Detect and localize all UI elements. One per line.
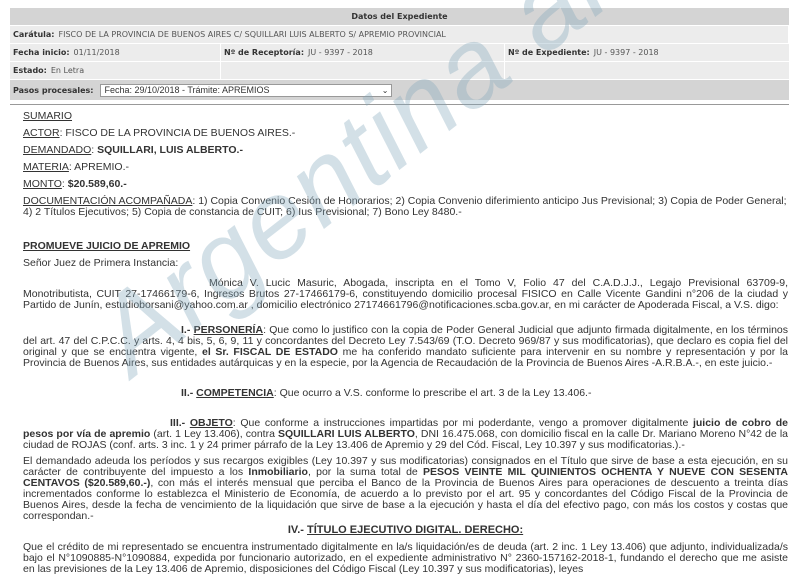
sumario-documentacion: DOCUMENTACIÓN ACOMPAÑADA: 1) Copia Conve…: [23, 196, 788, 218]
monto-value: $20.589,60.-: [68, 178, 127, 190]
expediente-number-label: Nº de Expediente:: [508, 48, 590, 57]
divider: [10, 104, 789, 105]
caratula-value: FISCO DE LA PROVINCIA DE BUENOS AIRES C/…: [58, 30, 445, 39]
sumario-demandado: DEMANDADO: SQUILLARI, LUIS ALBERTO.-: [23, 142, 788, 159]
document-body: SUMARIO ACTOR: FISCO DE LA PROVINCIA DE …: [23, 108, 788, 575]
caratula-label: Carátula:: [13, 30, 54, 39]
receptoria-label: Nº de Receptoría:: [224, 48, 304, 57]
titulo-ejecutivo-text: Que el crédito de mi representado se enc…: [23, 542, 788, 575]
pasos-procesales-select[interactable]: Fecha: 29/10/2018 - Trámite: APREMIOS ⌄: [100, 84, 392, 97]
section-text: : Que ocurro a V.S. conforme lo prescrib…: [274, 387, 592, 399]
materia-value: : APREMIO.-: [69, 161, 129, 173]
caratula-row: Carátula: FISCO DE LA PROVINCIA DE BUENO…: [10, 26, 789, 44]
sumario-title: SUMARIO: [23, 108, 788, 125]
actor-label: ACTOR: [23, 127, 60, 139]
expediente-panel: Datos del Expediente Carátula: FISCO DE …: [10, 8, 789, 100]
fechas-row: Fecha inicio: 01/11/2018 Nº de Receptorí…: [10, 44, 789, 62]
estado-value: En Letra: [51, 66, 84, 75]
fecha-inicio-label: Fecha inicio:: [13, 48, 70, 57]
expediente-number-value: JU - 9397 - 2018: [594, 48, 659, 57]
pasos-procesales-row: Pasos procesales: Fecha: 29/10/2018 - Tr…: [10, 80, 789, 100]
expediente-header: Datos del Expediente: [10, 8, 789, 26]
expediente-header-title: Datos del Expediente: [351, 12, 447, 21]
estado-label: Estado:: [13, 66, 47, 75]
section-objeto: III.- OBJETO: Que conforme a instruccion…: [23, 418, 788, 451]
section-number: II.-: [181, 387, 196, 399]
escrito-intro: Mónica V. Lucic Masuric, Abogada, inscri…: [23, 278, 788, 311]
deuda-paragraph: El demandado adeuda los períodos y sus r…: [23, 456, 788, 522]
pasos-procesales-label: Pasos procesales:: [13, 86, 93, 95]
chevron-down-icon: ⌄: [382, 86, 389, 95]
section-competencia: II.- COMPETENCIA: Que ocurro a V.S. conf…: [23, 388, 788, 399]
estado-row: Estado: En Letra: [10, 62, 789, 80]
pasos-procesales-selected: Fecha: 29/10/2018 - Trámite: APREMIOS: [104, 85, 269, 95]
receptoria-value: JU - 9397 - 2018: [308, 48, 373, 57]
demandado-label: DEMANDADO: [23, 144, 91, 156]
escrito-title: PROMUEVE JUICIO DE APREMIO: [23, 241, 788, 252]
section-titulo-ejecutivo: IV.- TÍTULO EJECUTIVO DIGITAL. DERECHO:: [23, 525, 788, 536]
section-personeria: I.- PERSONERÍA: Que como lo justifico co…: [23, 325, 788, 369]
fecha-inicio-value: 01/11/2018: [74, 48, 120, 57]
monto-label: MONTO: [23, 178, 62, 190]
sumario-actor: ACTOR: FISCO DE LA PROVINCIA DE BUENOS A…: [23, 125, 788, 142]
section-title: COMPETENCIA: [196, 387, 274, 399]
demandado-value: SQUILLARI, LUIS ALBERTO.-: [97, 144, 243, 156]
materia-label: MATERIA: [23, 161, 69, 173]
section-number: IV.-: [288, 524, 307, 536]
sumario-monto: MONTO: $20.589,60.-: [23, 176, 788, 193]
actor-value: : FISCO DE LA PROVINCIA DE BUENOS AIRES.…: [60, 127, 296, 139]
section-title: TÍTULO EJECUTIVO DIGITAL. DERECHO:: [307, 524, 523, 536]
sumario-materia: MATERIA: APREMIO.-: [23, 159, 788, 176]
escrito-salutation: Señor Juez de Primera Instancia:: [23, 258, 788, 269]
